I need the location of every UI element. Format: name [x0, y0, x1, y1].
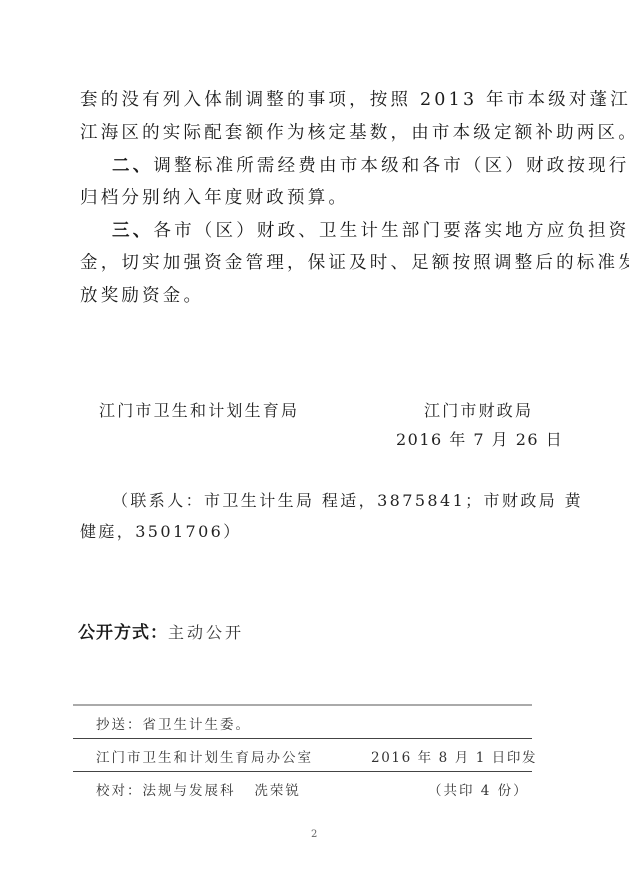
paragraph1-line2: 江海区的实际配套额作为核定基数，由市本级定额补助两区。 — [80, 121, 629, 145]
page-number: 2 — [311, 829, 317, 840]
disclosure-method: 公开方式：主动公开 — [78, 621, 244, 645]
footer-proofread: 校对：法规与发展科 冼荣锐 — [96, 782, 301, 800]
footer-office: 江门市卫生和计划生育局办公室 — [96, 749, 313, 767]
disclosure-label: 公开方式： — [78, 623, 168, 643]
footer-top-rule — [73, 704, 532, 706]
footer-rule-1 — [73, 738, 532, 739]
paragraph1-line1: 套的没有列入体制调整的事项，按照 2013 年市本级对蓬江区、 — [80, 88, 629, 112]
signature-date: 2016 年 7 月 26 日 — [396, 429, 563, 451]
paragraph3-line1: 三、各市（区）财政、卫生计生部门要落实地方应负担资 — [112, 219, 629, 243]
footer-rule-2 — [73, 771, 532, 772]
footer-print-date: 2016 年 8 月 1 日印发 — [371, 749, 537, 767]
paragraph3-number: 三、 — [112, 221, 153, 241]
paragraph3-line2: 金，切实加强资金管理，保证及时、足额按照调整后的标准发 — [80, 251, 629, 275]
paragraph2-number: 二、 — [112, 156, 153, 176]
paragraph2-line2: 归档分别纳入年度财政预算。 — [80, 186, 349, 210]
paragraph2-text: 调整标准所需经费由市本级和各市（区）财政按现行 — [153, 156, 629, 176]
contact-line2: 健庭，3501706） — [80, 521, 242, 543]
contact-line1: （联系人：市卫生计生局 程适，3875841；市财政局 黄 — [112, 490, 583, 512]
footer-cc: 抄送：省卫生计生委。 — [96, 716, 251, 734]
disclosure-value: 主动公开 — [168, 623, 244, 642]
issuer-right: 江门市财政局 — [424, 400, 533, 422]
footer-copies: （共印 4 份） — [428, 782, 529, 800]
issuer-left: 江门市卫生和计划生育局 — [99, 400, 299, 422]
paragraph2-line1: 二、调整标准所需经费由市本级和各市（区）财政按现行 — [112, 154, 629, 178]
paragraph3-line3: 放奖励资金。 — [80, 284, 204, 308]
paragraph3-text: 各市（区）财政、卫生计生部门要落实地方应负担资 — [153, 221, 629, 241]
